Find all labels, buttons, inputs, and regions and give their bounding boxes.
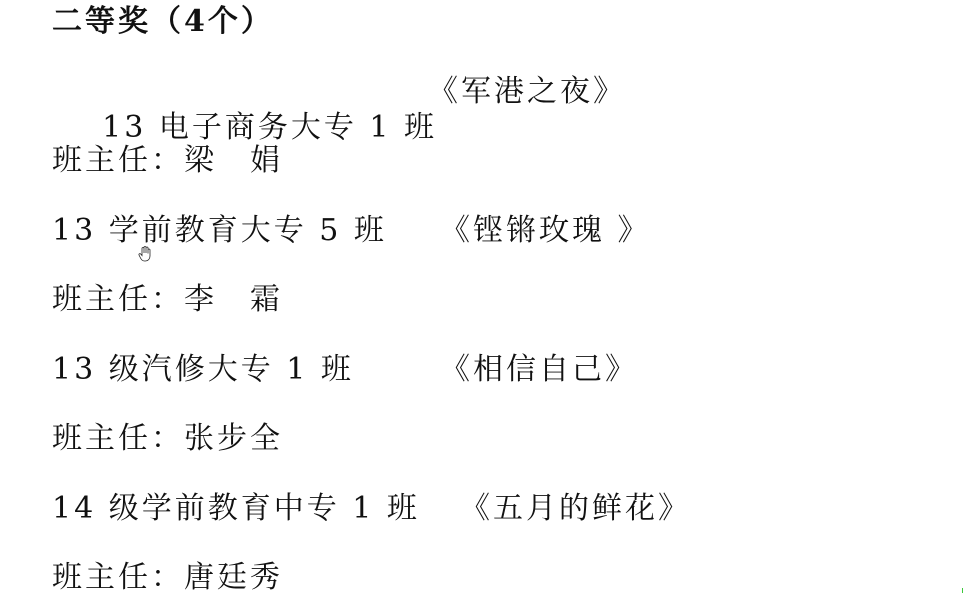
entry-4-class: 14 级学前教育中专 1 班	[52, 491, 420, 527]
entry-1-teacher: 班主任：梁 娟	[52, 143, 283, 179]
entry-3-teacher: 班主任：张步全	[52, 421, 283, 457]
award-heading: 二等奖（4个）	[52, 4, 274, 40]
entry-2-class: 13 学前教育大专 5 班	[52, 213, 387, 249]
class-name: 13 电子商务大专 1 班	[102, 110, 437, 145]
entry-3-class: 13 级汽修大专 1 班	[52, 352, 354, 388]
entry-3-title: 《相信自己》	[440, 352, 638, 388]
entry-1-title: 《军港之夜》	[428, 74, 626, 110]
hand-pointer-icon	[138, 246, 152, 262]
entry-4-title: 《五月的鲜花》	[460, 491, 691, 527]
entry-2-title: 《铿锵玫瑰 》	[440, 213, 651, 249]
entry-4-teacher: 班主任：唐廷秀	[52, 560, 283, 596]
entry-2-teacher: 班主任：李 霜	[52, 282, 283, 318]
